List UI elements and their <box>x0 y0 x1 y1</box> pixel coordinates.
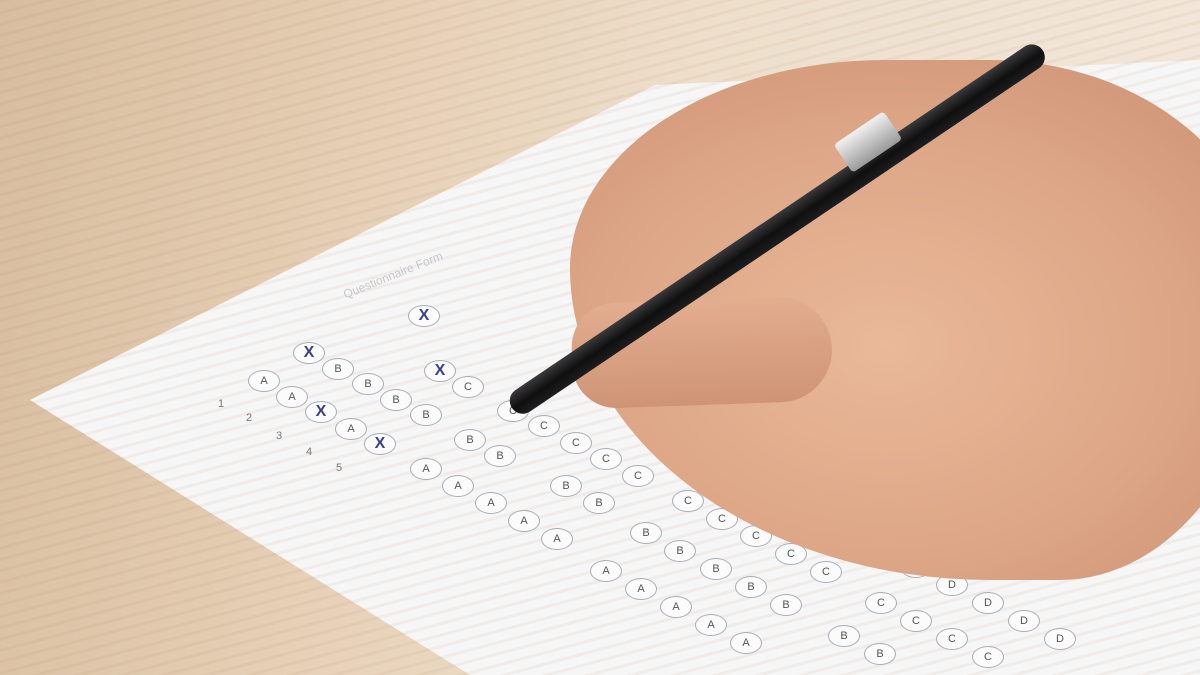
answer-bubble-a[interactable]: A <box>442 475 474 497</box>
answer-bubble-a[interactable]: A <box>508 510 540 532</box>
answer-bubble-c[interactable]: C <box>590 448 622 470</box>
answer-bubble-d[interactable]: D <box>972 592 1004 614</box>
answer-bubble-b[interactable]: B <box>352 373 384 395</box>
answer-bubble-c[interactable]: C <box>622 465 654 487</box>
answer-bubble-d[interactable]: D <box>1044 628 1076 650</box>
answer-bubble-a[interactable]: A <box>475 492 507 514</box>
answer-bubble-c[interactable]: C <box>528 415 560 437</box>
answer-bubble-a[interactable]: A <box>625 578 657 600</box>
answer-bubble-b[interactable]: B <box>735 576 767 598</box>
answer-bubble-c[interactable]: C <box>810 561 842 583</box>
answer-bubble-a[interactable]: A <box>660 596 692 618</box>
answer-bubble-b[interactable]: B <box>630 522 662 544</box>
question-number: 3 <box>276 430 282 442</box>
answer-bubble-marked[interactable]: X <box>408 305 440 327</box>
answer-bubble-a[interactable]: A <box>276 386 308 408</box>
answer-bubble-a[interactable]: A <box>335 418 367 440</box>
answer-bubble-b[interactable]: B <box>322 358 354 380</box>
answer-bubble-b[interactable]: B <box>664 540 696 562</box>
answer-bubble-a[interactable]: A <box>410 458 442 480</box>
answer-bubble-marked[interactable]: X <box>364 433 396 455</box>
answer-bubble-b[interactable]: B <box>828 625 860 647</box>
answer-bubble-c[interactable]: C <box>452 376 484 398</box>
answer-bubble-c[interactable]: C <box>972 646 1004 668</box>
answer-bubble-a[interactable]: A <box>248 370 280 392</box>
answer-bubble-c[interactable]: C <box>560 432 592 454</box>
answer-bubble-c[interactable]: C <box>900 610 932 632</box>
answer-bubble-b[interactable]: B <box>583 492 615 514</box>
answer-bubble-a[interactable]: A <box>541 528 573 550</box>
answer-bubble-a[interactable]: A <box>695 614 727 636</box>
answer-bubble-b[interactable]: B <box>454 429 486 451</box>
answer-bubble-b[interactable]: B <box>410 404 442 426</box>
answer-bubble-b[interactable]: B <box>380 389 412 411</box>
answer-bubble-marked[interactable]: X <box>305 401 337 423</box>
question-number: 5 <box>336 462 342 474</box>
answer-bubble-marked[interactable]: X <box>293 342 325 364</box>
question-number: 2 <box>246 412 252 424</box>
answer-bubble-c[interactable]: C <box>936 628 968 650</box>
answer-bubble-a[interactable]: A <box>730 632 762 654</box>
answer-bubble-b[interactable]: B <box>550 475 582 497</box>
answer-bubble-b[interactable]: B <box>484 445 516 467</box>
answer-bubble-b[interactable]: B <box>700 558 732 580</box>
answer-bubble-b[interactable]: B <box>770 594 802 616</box>
question-number: 4 <box>306 446 312 458</box>
question-number: 1 <box>218 398 224 410</box>
answer-bubble-marked[interactable]: X <box>424 360 456 382</box>
answer-bubble-a[interactable]: A <box>590 560 622 582</box>
answer-bubble-c[interactable]: C <box>865 592 897 614</box>
answer-bubble-b[interactable]: B <box>864 643 896 665</box>
answer-bubble-d[interactable]: D <box>1008 610 1040 632</box>
